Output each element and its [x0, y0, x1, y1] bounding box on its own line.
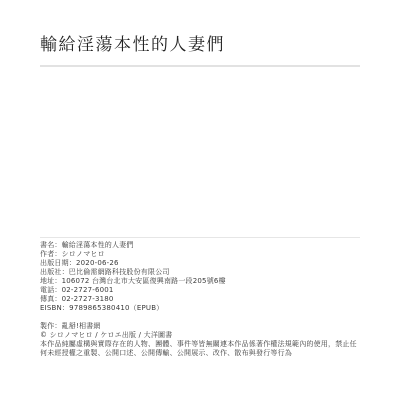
address-line: 地址：106072 台灣台北市大安區復興南路一段205號6樓: [40, 277, 370, 286]
phone-line: 電話：02-2727-6001: [40, 286, 370, 295]
author-line: 作者：シロノマヒロ: [40, 250, 370, 259]
colophon: 書名：輸給淫蕩本性的人妻們 作者：シロノマヒロ 出版日期：2020-06-26 …: [40, 241, 370, 358]
colophon-divider: [40, 237, 360, 238]
fax-line: 傳真：02-2727-3180: [40, 295, 370, 304]
publisher-line: 出版社：巴比倫需網路科技股份有限公司: [40, 268, 370, 277]
spacer: [40, 313, 370, 322]
publish-date-line: 出版日期：2020-06-26: [40, 259, 370, 268]
book-title: 輸給淫蕩本性的人妻們: [40, 30, 225, 55]
eisbn-line: EISBN：9789865380410（EPUB）: [40, 304, 370, 313]
book-name-line: 書名：輸給淫蕩本性的人妻們: [40, 241, 370, 250]
disclaimer-text: 本作品純屬虛構與實際存在的人物、團體、事件等皆無關連本作品係著作權法規範內的使用…: [40, 340, 362, 358]
copyright-line: © シロノマヒロ / ケロエ出版 / 大洋圖書: [40, 331, 370, 340]
production-line: 製作：亂掰!相書網: [40, 322, 370, 331]
title-divider: [40, 65, 360, 67]
